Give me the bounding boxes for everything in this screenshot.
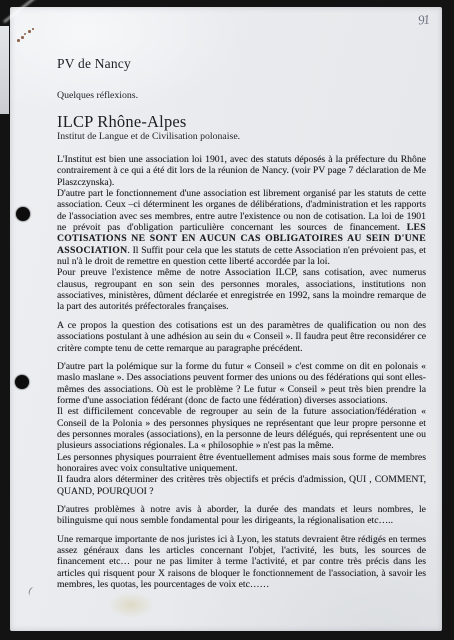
paragraph: D'autre part la polémique sur la forme d… [57,361,426,406]
paragraph: L'Institut est bien une association loi … [57,154,426,188]
document-content: PV de Nancy Quelques réflexions. ILCP Rh… [57,7,426,590]
paragraph: Il est difficilement concevable de regro… [57,406,426,451]
punch-hole [16,207,30,221]
paragraph-text: D'autres problèmes à notre avis à aborde… [57,504,426,526]
paragraph-text: D'autre part le fonctionnement d'une ass… [57,188,426,233]
scanned-document: 91 PV de Nancy Quelques réflexions. ILCP… [0,0,454,640]
paragraph: Une remarque importante de nos juristes … [57,534,426,591]
paragraph-text: Il faudra alors déterminer des critères … [57,474,426,496]
rust-spot [28,30,31,33]
rust-spot [21,36,24,39]
paragraph: D'autres problèmes à notre avis à aborde… [57,504,426,527]
page-edge-sliver [0,26,9,114]
rust-spot [32,28,34,30]
punch-hole [15,375,29,389]
section-title: ILCP Rhône-Alpes [57,113,426,130]
paragraph: D'autre part le fonctionnement d'une ass… [57,188,426,267]
paragraph: Il faudra alors déterminer des critères … [57,474,426,497]
paragraph: A ce propos la question des cotisations … [57,320,426,354]
paragraph: Pour preuve l'existence même de notre As… [57,267,426,312]
document-title: PV de Nancy [57,56,426,72]
paragraph-text: A ce propos la question des cotisations … [57,320,426,354]
document-page: 91 PV de Nancy Quelques réflexions. ILCP… [10,7,442,631]
rust-spot [24,33,26,35]
paragraph: Les personnes physiques pourraient être … [57,452,426,475]
rust-spot [17,39,20,42]
document-paragraphs: L'Institut est bien une association loi … [57,154,426,590]
pen-mark [27,586,36,597]
paper-stain [108,592,154,618]
document-subtitle: Quelques réflexions. [57,90,426,101]
paragraph-text: Une remarque importante de nos juristes … [57,534,426,590]
paragraph-text: D'autre part la polémique sur la forme d… [57,361,426,406]
paragraph-text: Les personnes physiques pourraient être … [57,452,426,474]
paragraph-text: Il est difficilement concevable de regro… [57,406,426,451]
section-subtitle: Institut de Langue et de Civilisation po… [57,131,426,142]
paragraph-text: L'Institut est bien une association loi … [57,154,426,188]
paragraph-text: Pour preuve l'existence même de notre As… [57,267,426,312]
paper-crease [3,0,59,23]
